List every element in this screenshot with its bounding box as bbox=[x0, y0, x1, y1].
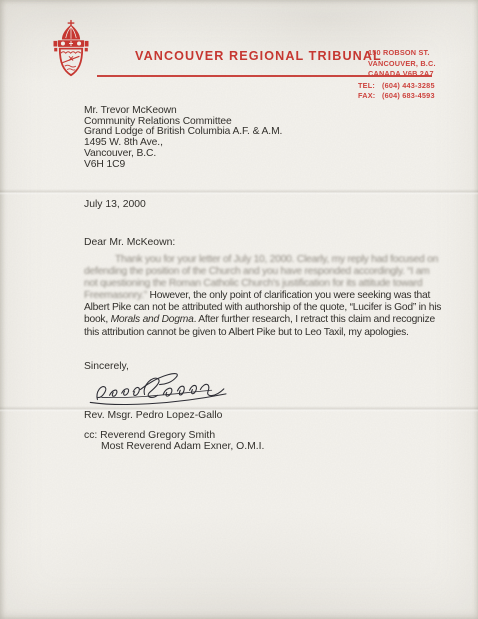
recipient-address-block: Mr. Trevor McKeown Community Relations C… bbox=[84, 106, 282, 170]
letterhead-address-line: VANCOUVER, B.C. bbox=[368, 59, 436, 70]
book-title-morals-and-dogma: Morals and Dogma bbox=[111, 314, 194, 325]
scanned-letter-page: VANCOUVER REGIONAL TRIBUNAL 150 ROBSON S… bbox=[0, 0, 478, 619]
fax-label: FAX: bbox=[358, 91, 382, 101]
recipient-line: Vancouver, B.C. bbox=[84, 149, 282, 160]
letterhead-address: 150 ROBSON ST. VANCOUVER, B.C. CANADA V6… bbox=[368, 48, 436, 80]
cc-block: cc: Reverend Gregory Smith Most Reverend… bbox=[84, 431, 264, 453]
letterhead-fax: FAX:(604) 683-4593 bbox=[358, 91, 435, 101]
salutation: Dear Mr. McKeown: bbox=[84, 237, 175, 248]
letter-body-paragraph: Thank you for your letter of July 10, 20… bbox=[84, 254, 444, 339]
letterhead-tel: TEL:(604) 443-3285 bbox=[358, 81, 435, 91]
cc-recipient: Most Reverend Adam Exner, O.M.I. bbox=[84, 442, 264, 453]
signer-name: Rev. Msgr. Pedro Lopez-Gallo bbox=[84, 410, 222, 421]
paper-fold-crease-bottom bbox=[0, 406, 478, 412]
paper-fold-crease-top bbox=[0, 189, 478, 195]
cc-label: cc: bbox=[84, 430, 97, 441]
recipient-line: V6H 1C9 bbox=[84, 160, 282, 171]
date-line: July 13, 2000 bbox=[84, 199, 146, 210]
tel-value: (604) 443-3285 bbox=[382, 81, 435, 90]
archdiocese-crest-icon bbox=[50, 19, 92, 81]
handwritten-signature bbox=[86, 371, 236, 411]
letterhead-address-line: 150 ROBSON ST. bbox=[368, 48, 436, 59]
fax-value: (604) 683-4593 bbox=[382, 91, 435, 100]
letterhead-telfax: TEL:(604) 443-3285 FAX:(604) 683-4593 bbox=[358, 81, 435, 101]
letterhead-title: VANCOUVER REGIONAL TRIBUNAL bbox=[135, 49, 382, 63]
letterhead-address-line: CANADA V6B 2A7 bbox=[368, 69, 436, 80]
tel-label: TEL: bbox=[358, 81, 382, 91]
cc-recipient: Reverend Gregory Smith bbox=[100, 430, 215, 441]
